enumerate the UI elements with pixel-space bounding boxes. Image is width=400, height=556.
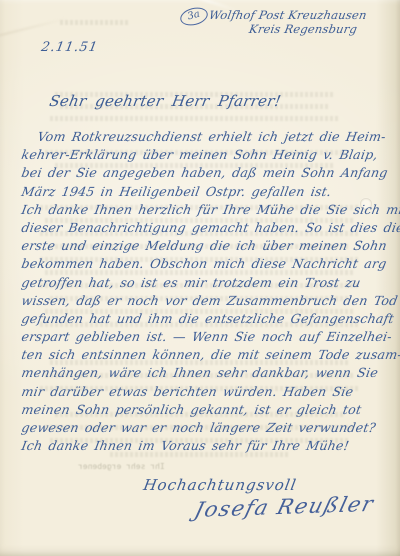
sender-address-line2: Kreis Regensburg bbox=[248, 22, 358, 36]
handwritten-line: kehrer-Erklärung über meinen Sohn Heinig… bbox=[20, 146, 395, 164]
salutation: Sehr geehrter Herr Pfarrer! bbox=[48, 92, 282, 110]
letter-date: 2.11.51 bbox=[40, 40, 99, 55]
handwritten-line: getroffen hat, so ist es mir trotzdem ei… bbox=[20, 274, 395, 292]
handwritten-line: meinen Sohn persönlich gekannt, ist er g… bbox=[20, 401, 395, 419]
handwritten-line: wissen, daß er noch vor dem Zusammenbruc… bbox=[20, 292, 395, 310]
handwritten-line: erste und einzige Meldung die ich über m… bbox=[20, 237, 395, 255]
handwritten-line: ten sich entsinnen können, die mit seine… bbox=[20, 346, 395, 364]
handwritten-line: gewesen oder war er noch längere Zeit ve… bbox=[20, 419, 395, 437]
handwritten-line: dieser Benachrichtigung gemacht haben. S… bbox=[20, 219, 395, 237]
handwritten-line: Vom Rotkreuzsuchdienst erhielt ich jetzt… bbox=[20, 128, 395, 146]
closing-phrase: Hochachtungsvoll bbox=[142, 476, 298, 494]
handwritten-line: März 1945 in Heiligenbeil Ostpr. gefalle… bbox=[20, 183, 395, 201]
handwritten-line: bekommen haben. Obschon mich diese Nachr… bbox=[20, 255, 395, 273]
bleedthrough-line bbox=[50, 116, 340, 121]
bleedthrough-typewriter-text: Ihr sehr ergebener bbox=[78, 462, 165, 471]
handwritten-line: bei der Sie angegeben haben, daß mein So… bbox=[20, 164, 395, 182]
handwritten-line: Ich danke Ihnen im Voraus sehr für Ihre … bbox=[20, 437, 395, 455]
sender-address-line1: Wolfhof Post Kreuzhausen bbox=[208, 8, 368, 22]
bleedthrough-line bbox=[60, 20, 130, 25]
letter-body: Vom Rotkreuzsuchdienst erhielt ich jetzt… bbox=[20, 128, 392, 455]
scanned-letter: Ihr sehr ergebener 3a Wolfhof Post Kreuz… bbox=[0, 0, 400, 556]
handwritten-line: Ich danke Ihnen herzlich für Ihre Mühe d… bbox=[20, 201, 395, 219]
handwritten-line: erspart geblieben ist. — Wenn Sie noch a… bbox=[20, 328, 395, 346]
handwritten-line: mir darüber etwas berichten würden. Habe… bbox=[20, 383, 395, 401]
handwritten-line: menhängen, wäre ich Ihnen sehr dankbar, … bbox=[20, 364, 395, 382]
handwritten-line: gefunden hat und ihm die entsetzliche Ge… bbox=[20, 310, 395, 328]
